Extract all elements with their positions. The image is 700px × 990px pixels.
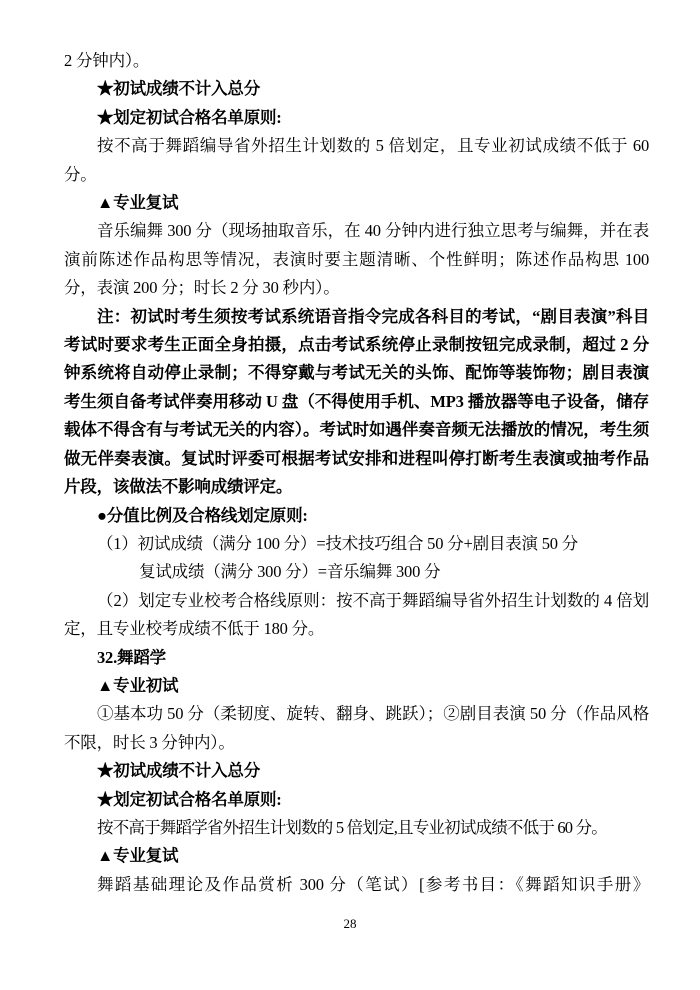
document-body: 2 分钟内）。★初试成绩不计入总分★划定初试合格名单原则:按不高于舞蹈编导省外招… [64, 47, 649, 899]
paragraph: （2）划定专业校考合格线原则：按不高于舞蹈编导省外招生计划数的 4 倍划定，且专… [64, 587, 649, 644]
paragraph: （1）初试成绩（满分 100 分）=技术技巧组合 50 分+剧目表演 50 分 [64, 530, 649, 558]
document-page: { "page": { "background_color": "#ffffff… [0, 0, 700, 990]
paragraph: 复试成绩（满分 300 分）=音乐编舞 300 分 [64, 558, 649, 586]
paragraph: 按不高于舞蹈编导省外招生计划数的 5 倍划定，且专业初试成绩不低于 60 分。 [64, 132, 649, 189]
heading: ★初试成绩不计入总分 [64, 75, 649, 103]
paragraph: 2 分钟内）。 [64, 47, 649, 75]
paragraph: 按不高于舞蹈学省外招生计划数的 5 倍划定,且专业初试成绩不低于 60 分。 [64, 814, 649, 842]
paragraph: 音乐编舞 300 分（现场抽取音乐，在 40 分钟内进行独立思考与编舞，并在表演… [64, 217, 649, 302]
heading: ★划定初试合格名单原则: [64, 104, 649, 132]
heading: ★初试成绩不计入总分 [64, 757, 649, 785]
paragraph: 舞蹈基础理论及作品赏析 300 分（笔试）[参考书目：《舞蹈知识手册》 [64, 871, 649, 899]
heading: ▲专业复试 [64, 842, 649, 870]
heading: ▲专业复试 [64, 189, 649, 217]
page-number: 28 [0, 915, 700, 933]
paragraph: 注：初试时考生须按考试系统语音指令完成各科目的考试，“剧目表演”科目考试时要求考… [64, 303, 649, 502]
heading: 32.舞蹈学 [64, 644, 649, 672]
paragraph: ①基本功 50 分（柔韧度、旋转、翻身、跳跃）；②剧目表演 50 分（作品风格不… [64, 700, 649, 757]
heading: ▲专业初试 [64, 672, 649, 700]
heading: ●分值比例及合格线划定原则: [64, 502, 649, 530]
heading: ★划定初试合格名单原则: [64, 786, 649, 814]
